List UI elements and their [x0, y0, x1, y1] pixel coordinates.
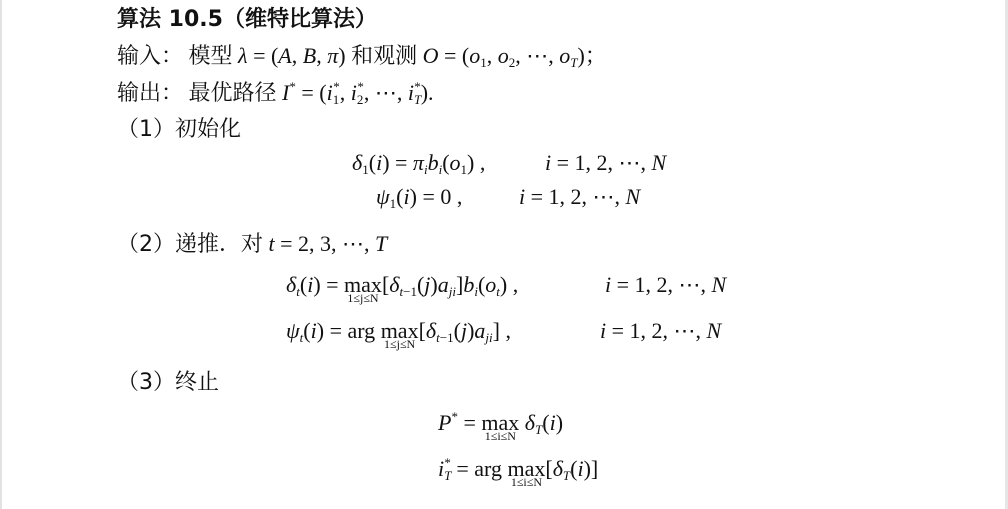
equation-delta-t: δt(i) = max1≤j≤N[δt−1(j)aji]bi(ot) , [286, 272, 518, 298]
input-label: 输入： [117, 44, 183, 69]
range-delta-t: i = 1, 2, ⋯, N [605, 272, 726, 298]
equation-delta-1: δ1(i) = πibi(o1) , [352, 150, 485, 176]
input-text-obs: 和观测 [351, 44, 417, 69]
range-psi-t: i = 1, 2, ⋯, N [600, 318, 721, 344]
argmax-operator: max1≤j≤N [381, 318, 419, 344]
model-expression: λ = (A, B, π) [238, 43, 346, 68]
output-line: 输出： 最优路径 I* = (i1*, i2*, ⋯, iT*). [117, 80, 434, 107]
max-operator: max1≤j≤N [344, 272, 382, 298]
path-expression: I* = (i1*, i2*, ⋯, iT*) [282, 80, 428, 105]
step-1-label: （1）初始化 [117, 117, 241, 143]
step-3-label: （3）终止 [117, 370, 219, 396]
range-psi-1: i = 1, 2, ⋯, N [519, 184, 640, 210]
equation-psi-t: ψt(i) = arg max1≤j≤N[δt−1(j)aji] , [286, 318, 511, 344]
output-text-path: 最优路径 [189, 81, 277, 106]
page-edge-left [0, 0, 2, 509]
input-end: ； [585, 44, 607, 69]
range-delta-1: i = 1, 2, ⋯, N [545, 150, 666, 176]
step-2-label: （2）递推．对 [117, 232, 263, 257]
step-2-line: （2）递推．对 t = 2, 3, ⋯, T [117, 231, 387, 258]
algorithm-title: 算法 10.5（维特比算法） [117, 7, 377, 33]
equation-psi-1: ψ1(i) = 0 , [376, 184, 462, 210]
input-line: 输入： 模型 λ = (A, B, π) 和观测 O = (o1, o2, ⋯,… [117, 43, 607, 70]
observation-expression: O = (o1, o2, ⋯, oT) [423, 43, 585, 68]
output-label: 输出： [117, 81, 183, 106]
equation-i-t-star: iT* = arg max1≤i≤N[δT(i)] [438, 456, 598, 482]
max-operator-final: max1≤i≤N [481, 410, 519, 436]
equation-p-star: P* = max1≤i≤N δT(i) [438, 410, 563, 436]
input-text-model: 模型 [189, 44, 233, 69]
output-end: . [428, 80, 434, 105]
step-2-condition: t = 2, 3, ⋯, T [269, 231, 388, 256]
argmax-operator-final: max1≤i≤N [507, 456, 545, 482]
